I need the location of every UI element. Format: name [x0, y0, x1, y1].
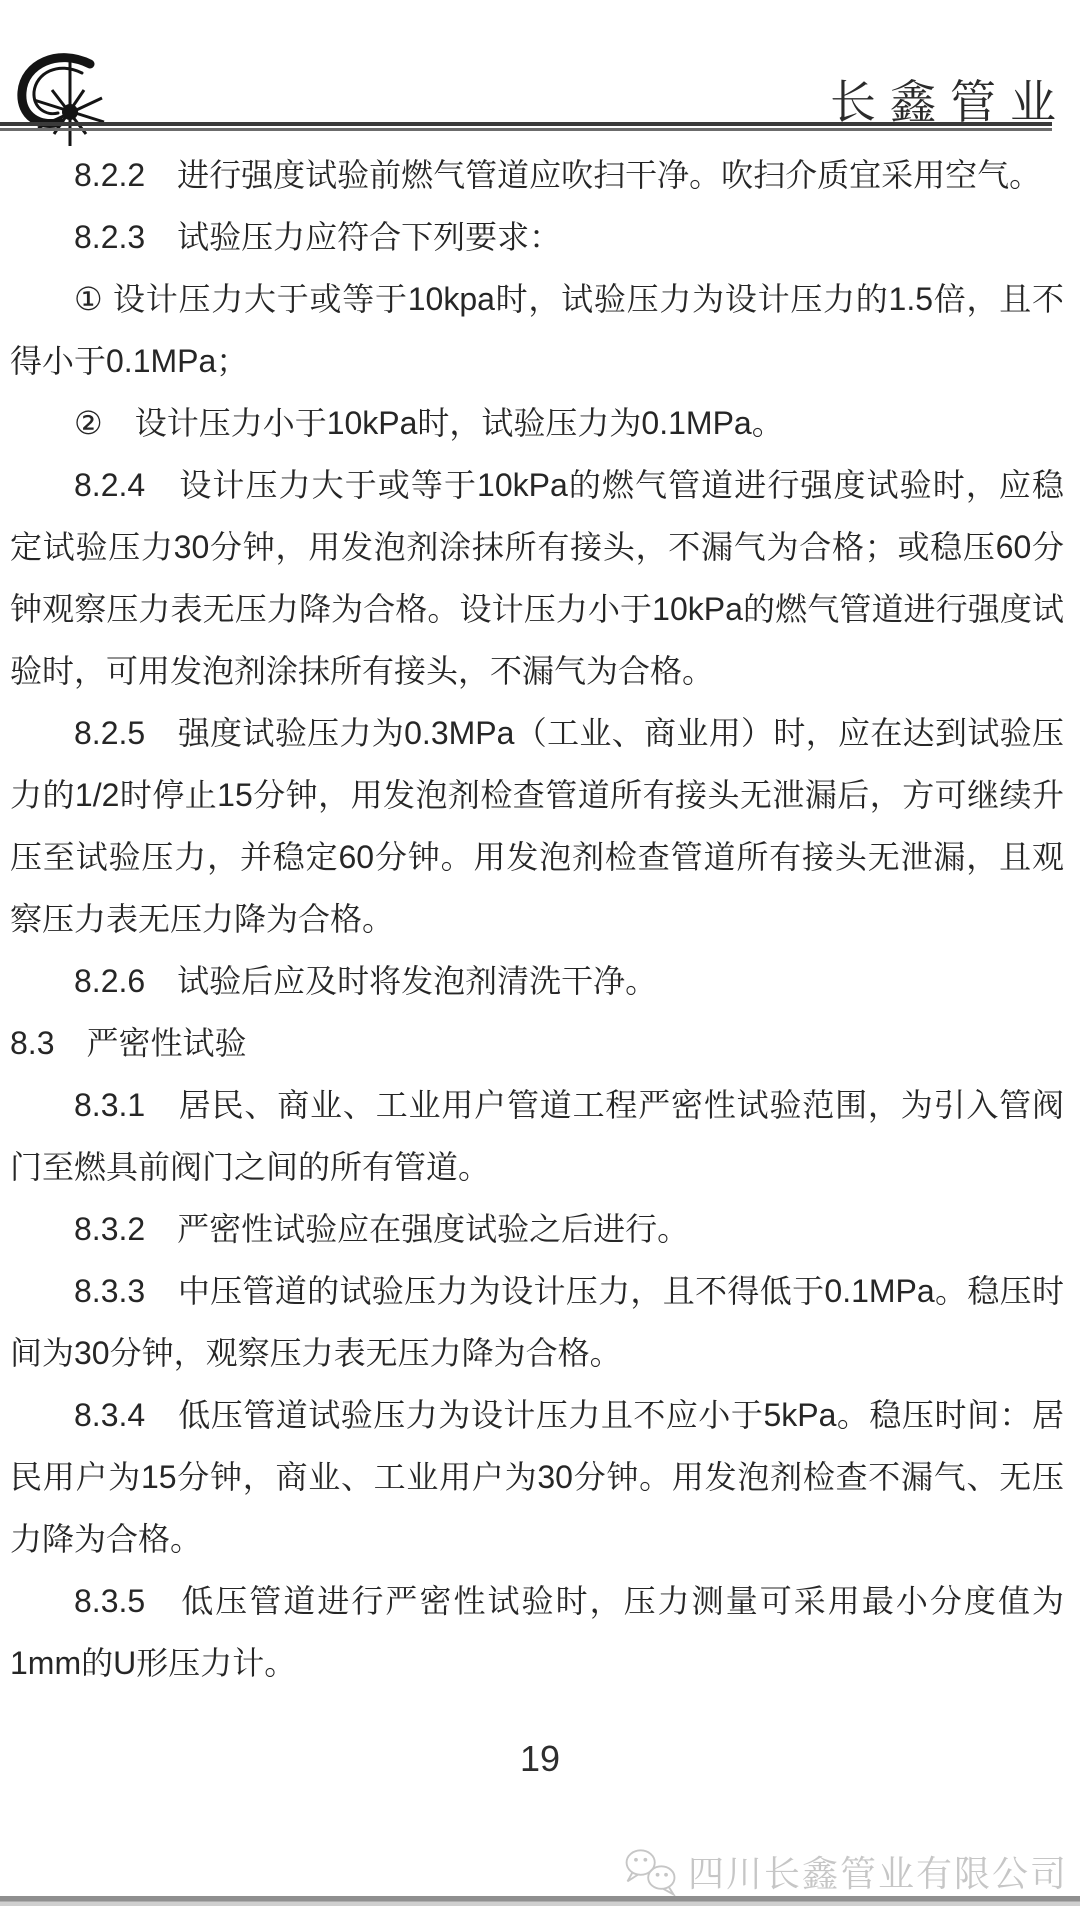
paragraph: ① 设计压力大于或等于10kpa时，试验压力为设计压力的1.5倍，且不得小于0.…	[10, 268, 1064, 392]
paragraph: 8.3.3 中压管道的试验压力为设计压力，且不得低于0.1MPa。稳压时间为30…	[10, 1260, 1064, 1384]
document-page: 长鑫管业 8.2.2 进行强度试验前燃气管道应吹扫干净。吹扫介质宜采用空气。8.…	[0, 0, 1080, 1920]
paragraph: 8.2.6 试验后应及时将发泡剂清洗干净。	[10, 950, 1064, 1012]
bottom-divider-bar	[0, 1896, 1080, 1906]
footer-company-name: 四川长鑫管业有限公司	[688, 1846, 1068, 1897]
paragraph: 8.2.5 强度试验压力为0.3MPa（工业、商业用）时，应在达到试验压力的1/…	[10, 702, 1064, 950]
wechat-icon	[620, 1844, 682, 1898]
paragraph: ② 设计压力小于10kPa时，试验压力为0.1MPa。	[10, 392, 1064, 454]
header-divider	[0, 122, 1052, 131]
paragraph: 8.2.4 设计压力大于或等于10kPa的燃气管道进行强度试验时，应稳定试验压力…	[10, 454, 1064, 702]
paragraph: 8.3 严密性试验	[10, 1012, 1064, 1074]
paragraph: 8.3.4 低压管道试验压力为设计压力且不应小于5kPa。稳压时间：居民用户为1…	[10, 1384, 1064, 1570]
paragraph: 8.2.3 试验压力应符合下列要求：	[10, 206, 1064, 268]
document-body: 8.2.2 进行强度试验前燃气管道应吹扫干净。吹扫介质宜采用空气。8.2.3 试…	[10, 144, 1064, 1694]
paragraph: 8.2.2 进行强度试验前燃气管道应吹扫干净。吹扫介质宜采用空气。	[10, 144, 1064, 206]
company-logo-icon	[12, 50, 108, 146]
page-number: 19	[0, 1738, 1080, 1780]
paragraph: 8.3.1 居民、商业、工业用户管道工程严密性试验范围，为引入管阀门至燃具前阀门…	[10, 1074, 1064, 1198]
paragraph: 8.3.2 严密性试验应在强度试验之后进行。	[10, 1198, 1064, 1260]
paragraph: 8.3.5 低压管道进行严密性试验时，压力测量可采用最小分度值为1mm的U形压力…	[10, 1570, 1064, 1694]
footer-watermark: 四川长鑫管业有限公司	[620, 1844, 1068, 1898]
